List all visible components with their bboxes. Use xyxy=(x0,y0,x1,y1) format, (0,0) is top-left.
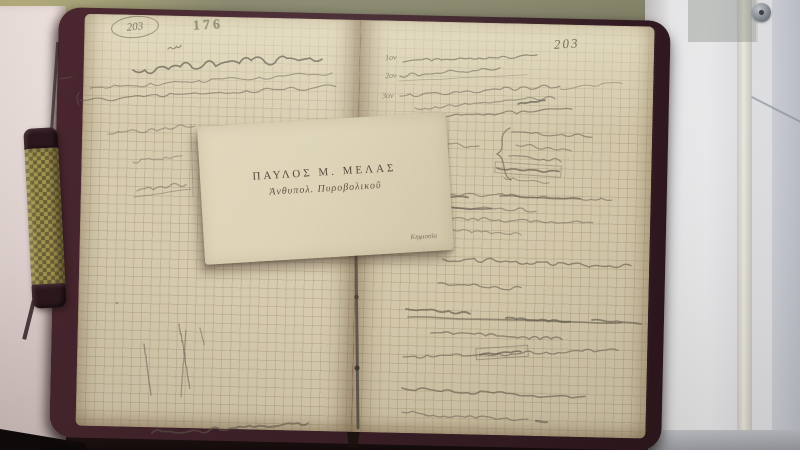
panel-ridge xyxy=(737,0,752,450)
card-footnote: Κηφισσία xyxy=(410,232,437,242)
business-card: ΠΑΥΛΟΣ Μ. ΜΕΛΑΣ Ἀνθυπολ. Πυροβολικοῦ Κηφ… xyxy=(197,112,454,265)
vitrine-glass-edge xyxy=(688,0,758,42)
shadow-bottom-right xyxy=(648,430,800,450)
display-panel-far-right xyxy=(772,0,800,450)
list-marker-1: 1ον xyxy=(385,53,397,63)
stamped-page-number: 176 xyxy=(193,17,224,35)
right-page-number: 203 xyxy=(553,35,580,53)
museum-photo: 203 176 203 1ον 2ον 3ον 4ον xyxy=(0,0,800,450)
pencil-cap-bottom xyxy=(31,283,66,309)
list-marker-3: 3ον xyxy=(382,91,394,101)
list-marker-2: 2ον xyxy=(385,71,397,81)
pencil-body xyxy=(24,147,65,287)
metal-screw xyxy=(752,3,771,22)
